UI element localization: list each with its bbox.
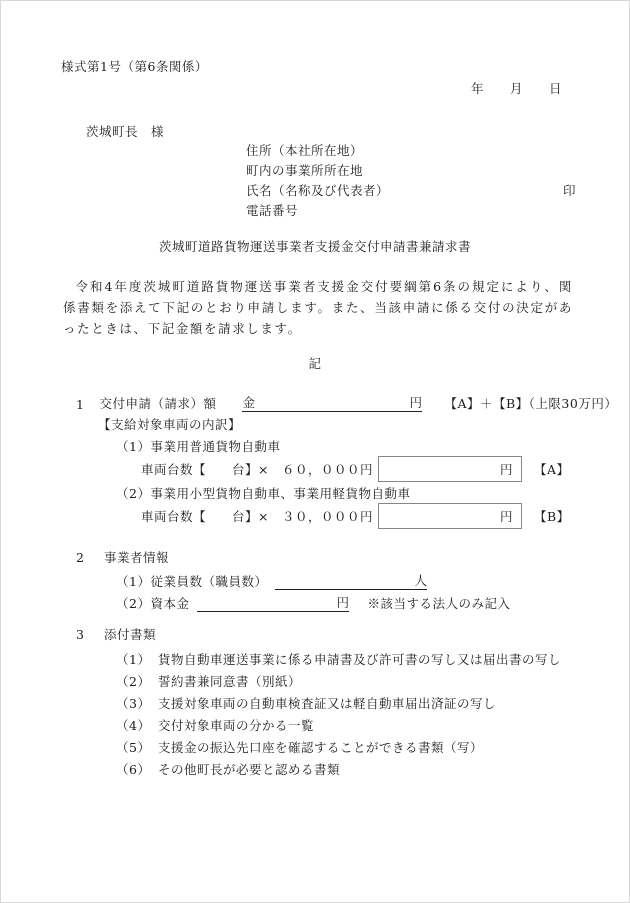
amount-unit: 円 <box>409 393 422 411</box>
vehicle-count-formula-b: 車両台数【 台】× ３０，０００円 <box>141 507 378 525</box>
vehicle-type-b-label: （2）事業用小型貨物自動車、事業用軽貨物自動車 <box>116 486 629 502</box>
capital-row: （2）資本金 円 ※該当する法人のみ記入 <box>116 594 629 612</box>
section-3-heading-row: 3 添付書類 <box>1 627 629 643</box>
sender-office-label: 町内の事業所所在地 <box>246 161 629 181</box>
attachment-item-2-num: （2） <box>116 671 158 693</box>
attachment-list: （1） 貨物自動車運送事業に係る申請書及び許可書の写し又は届出書の写し （2） … <box>1 649 629 781</box>
attachment-item-1-text: 貨物自動車運送事業に係る申請書及び許可書の写し又は届出書の写し <box>158 649 561 671</box>
employees-unit: 人 <box>414 571 427 589</box>
attachment-item-2: （2） 誓約書兼同意書（別紙） <box>116 671 629 693</box>
vehicle-count-formula-a: 車両台数【 台】× ６０，０００円 <box>141 460 378 478</box>
employees-blank: 人 <box>275 571 427 590</box>
section-2-heading: 事業者情報 <box>104 550 169 565</box>
section-3-heading: 添付書類 <box>104 627 156 642</box>
attachment-item-3: （3） 支援対象車両の自動車検査証又は軽自動車届出済証の写し <box>116 693 629 715</box>
document-title: 茨城町道路貨物運送事業者支援金交付申請書兼請求書 <box>1 239 629 255</box>
date-line: 年 月 日 <box>1 81 629 97</box>
employees-row: （1）従業員数（職員数） 人 <box>116 572 629 590</box>
body-paragraph: 令和4年度茨城町道路貨物運送事業者支援金交付要綱第6条の規定により、関係書類を添… <box>63 276 573 339</box>
amount-prefix: 金 <box>242 393 255 411</box>
form-document-page: 様式第1号（第6条関係） 年 月 日 茨城町長 様 住所（本社所在地） 町内の事… <box>0 0 630 903</box>
amount-box-a-tag: 【A】 <box>534 460 570 478</box>
amount-box-b-tag: 【B】 <box>534 507 570 525</box>
attachment-item-3-num: （3） <box>116 693 158 715</box>
seal-mark: 印 <box>563 181 576 201</box>
attachment-item-6: （6） その他町長が必要と認める書類 <box>116 759 629 781</box>
section-1-heading: 交付申請（請求）額 <box>99 394 216 412</box>
attachment-item-4-text: 交付対象車両の分かる一覧 <box>158 715 314 737</box>
employees-label: （1）従業員数（職員数） <box>116 572 267 590</box>
attachment-item-6-num: （6） <box>116 759 158 781</box>
attachment-item-3-text: 支援対象車両の自動車検査証又は軽自動車届出済証の写し <box>158 693 496 715</box>
section-1-number: 1 <box>76 397 84 412</box>
capital-note: ※該当する法人のみ記入 <box>367 594 510 612</box>
attachment-item-4: （4） 交付対象車両の分かる一覧 <box>116 715 629 737</box>
attachment-item-2-text: 誓約書兼同意書（別紙） <box>158 671 301 693</box>
sender-block: 住所（本社所在地） 町内の事業所所在地 氏名（名称及び代表者） 印 電話番号 <box>246 141 629 221</box>
section-3-number: 3 <box>76 627 84 643</box>
attachment-item-4-num: （4） <box>116 715 158 737</box>
sender-name-line: 氏名（名称及び代表者） 印 <box>246 181 576 201</box>
attachment-item-1-num: （1） <box>116 649 158 671</box>
attachment-item-5: （5） 支援金の振込先口座を確認することができる書類（写） <box>116 737 629 759</box>
attachment-item-6-text: その他町長が必要と認める書類 <box>158 759 340 781</box>
section-2-number: 2 <box>76 550 84 566</box>
formula-note: 【A】＋【B】（上限30万円） <box>444 394 617 412</box>
amount-box-b-unit: 円 <box>500 507 513 525</box>
amount-box-a: 円 <box>378 456 522 482</box>
sender-address-label: 住所（本社所在地） <box>246 141 629 161</box>
record-marker: 記 <box>1 356 629 372</box>
vehicle-row-b: 車両台数【 台】× ３０，０００円 円 【B】 <box>141 502 629 530</box>
sender-phone-label: 電話番号 <box>246 201 629 221</box>
form-number: 様式第1号（第6条関係） <box>61 59 629 75</box>
attachment-item-1: （1） 貨物自動車運送事業に係る申請書及び許可書の写し又は届出書の写し <box>116 649 629 671</box>
sender-name-label: 氏名（名称及び代表者） <box>246 181 389 201</box>
vehicle-row-a: 車両台数【 台】× ６０，０００円 円 【A】 <box>141 455 629 483</box>
amount-box-a-unit: 円 <box>500 460 513 478</box>
attachment-item-5-num: （5） <box>116 737 158 759</box>
section-2-heading-row: 2 事業者情報 <box>1 550 629 566</box>
vehicle-type-a-label: （1）事業用普通貨物自動車 <box>116 439 629 455</box>
breakdown-heading: 【支給対象車両の内訳】 <box>98 417 629 433</box>
attachment-item-5-text: 支援金の振込先口座を確認することができる書類（写） <box>158 737 483 759</box>
total-amount-blank: 金 円 <box>242 393 422 412</box>
section-1-heading-row: 1 交付申請（請求）額 金 円 【A】＋【B】（上限30万円） <box>1 394 629 412</box>
amount-box-b: 円 <box>378 503 522 529</box>
capital-blank: 円 <box>197 593 349 612</box>
recipient-line: 茨城町長 様 <box>86 124 629 140</box>
capital-label: （2）資本金 <box>116 594 189 612</box>
capital-unit: 円 <box>336 593 349 611</box>
